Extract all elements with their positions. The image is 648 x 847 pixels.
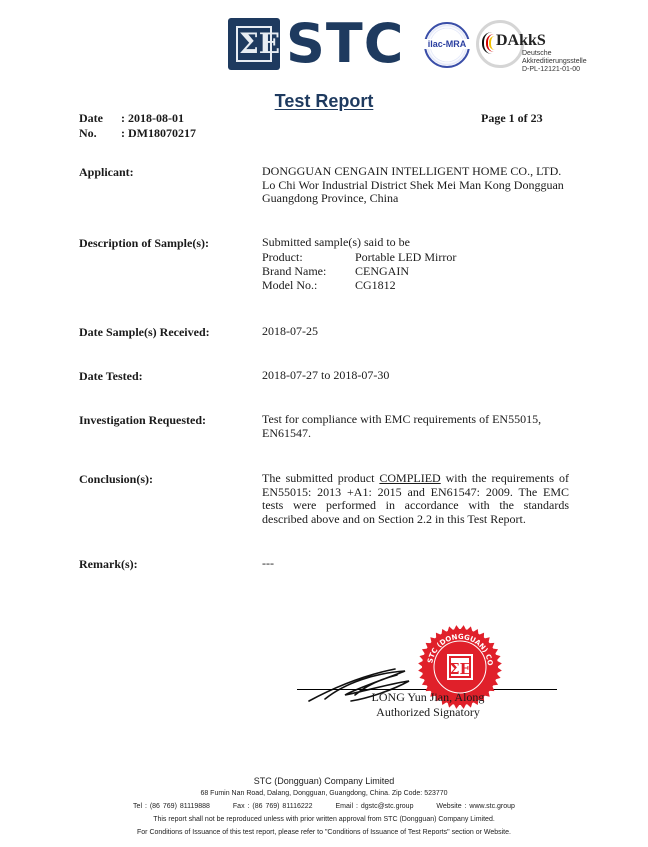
investigation-value: Test for compliance with EMC requirement… bbox=[262, 413, 541, 440]
date-received-label: Date Sample(s) Received: bbox=[79, 325, 210, 340]
description-value: Submitted sample(s) said to be Product:P… bbox=[262, 236, 456, 292]
date-value: : 2018-08-01 bbox=[121, 111, 184, 125]
remark-label: Remark(s): bbox=[79, 557, 138, 572]
applicant-label: Applicant: bbox=[79, 165, 134, 180]
footer-fax: Fax : (86 769) 81116222 bbox=[233, 803, 313, 810]
svg-text:ΣE: ΣE bbox=[449, 660, 471, 678]
applicant-value: DONGGUAN CENGAIN INTELLIGENT HOME CO., L… bbox=[262, 165, 564, 206]
signatory-title: Authorized Signatory bbox=[300, 705, 556, 720]
page-title: Test Report bbox=[0, 91, 648, 112]
date-label: Date bbox=[79, 111, 121, 126]
footer-email[interactable]: Email : dgstc@stc.group bbox=[336, 803, 414, 810]
date-received-value: 2018-07-25 bbox=[262, 325, 318, 339]
footer-contacts: Tel : (86 769) 81119888 Fax : (86 769) 8… bbox=[0, 803, 648, 810]
complied-emphasis: COMPLIED bbox=[379, 471, 440, 485]
footer-company: STC (Dongguan) Company Limited bbox=[0, 776, 648, 786]
no-label: No. bbox=[79, 126, 121, 141]
footer-notice-reproduction: This report shall not be reproduced unle… bbox=[0, 816, 648, 823]
description-label: Description of Sample(s): bbox=[79, 236, 209, 251]
ilac-mra-logo: ilac-MRA bbox=[424, 22, 470, 68]
date-tested-label: Date Tested: bbox=[79, 369, 143, 384]
remark-value: --- bbox=[262, 557, 274, 571]
dakks-logo: DAkkS Deutsche Akkreditierungsstelle D-P… bbox=[476, 20, 596, 76]
stc-logo: ΣE STC bbox=[228, 18, 416, 70]
page-indicator: Page 1 of 23 bbox=[481, 111, 543, 126]
footer-tel: Tel : (86 769) 81119888 bbox=[133, 803, 210, 810]
footer-address: 68 Fumin Nan Road, Dalang, Dongguan, Gua… bbox=[0, 790, 648, 797]
report-number: : DM18070217 bbox=[121, 126, 196, 140]
signatory: LONG Yun Jian, Along Authorized Signator… bbox=[300, 690, 556, 720]
conclusion-value: The submitted product COMPLIED with the … bbox=[262, 472, 569, 526]
stc-emblem-icon: ΣE bbox=[228, 18, 280, 70]
investigation-label: Investigation Requested: bbox=[79, 413, 206, 428]
dakks-accreditation: Deutsche Akkreditierungsstelle D-PL-1212… bbox=[522, 50, 587, 74]
stc-wordmark: STC bbox=[286, 10, 404, 78]
sample-details: Product:Portable LED Mirror Brand Name:C… bbox=[262, 250, 456, 292]
conclusion-label: Conclusion(s): bbox=[79, 472, 153, 487]
report-meta: Date: 2018-08-01 No.: DM18070217 bbox=[79, 111, 196, 141]
signatory-name: LONG Yun Jian, Along bbox=[300, 690, 556, 705]
dakks-name: DAkkS bbox=[496, 32, 546, 50]
footer-website[interactable]: Website : www.stc.group bbox=[436, 803, 515, 810]
footer-notice-conditions: For Conditions of Issuance of this test … bbox=[0, 829, 648, 836]
date-tested-value: 2018-07-27 to 2018-07-30 bbox=[262, 369, 389, 383]
